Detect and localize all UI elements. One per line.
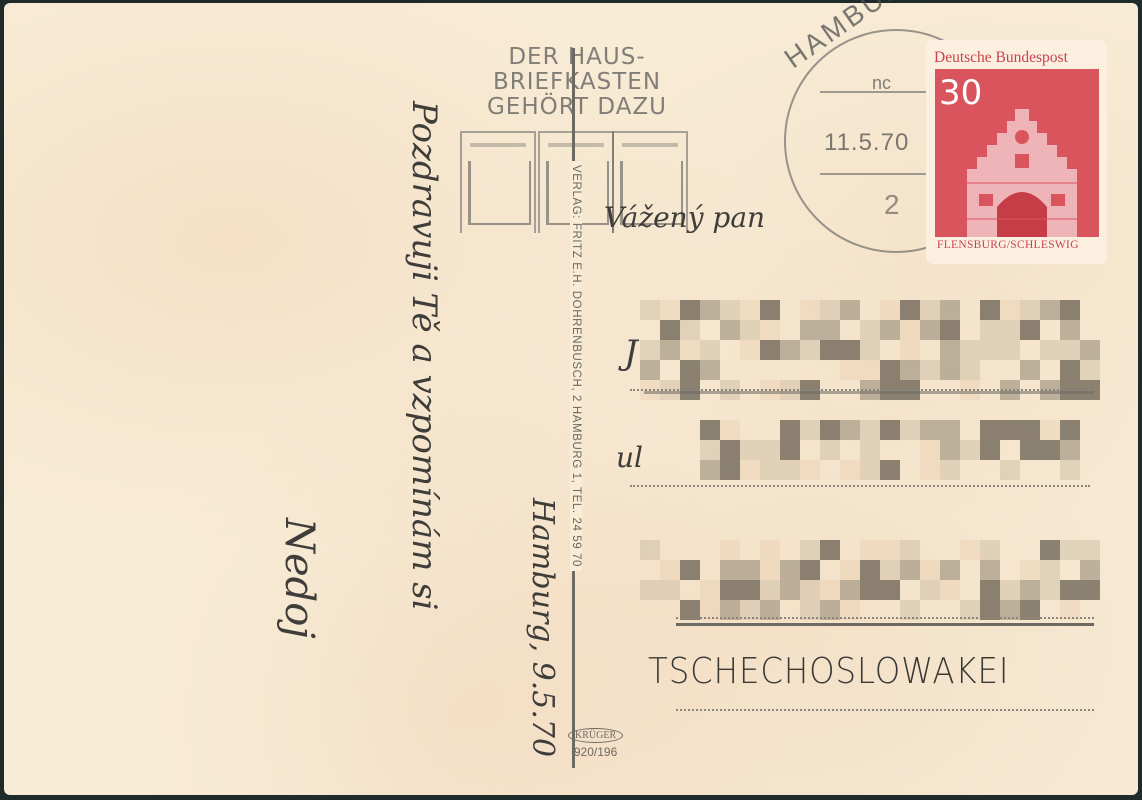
address-line bbox=[676, 709, 1094, 711]
publisher-logo: KRÜGER 920/196 bbox=[568, 725, 623, 759]
address-underline bbox=[644, 391, 1094, 394]
postcard-back: DER HAUS- BRIEFKASTEN GEHÖRT DAZU VERLAG… bbox=[4, 3, 1138, 795]
mailbox-icon bbox=[460, 131, 536, 233]
message-greeting: Pozdravuji Tě a vzpomínám si bbox=[404, 101, 444, 611]
stamp-image: 30 bbox=[935, 69, 1099, 237]
postmark-code: nc bbox=[872, 73, 891, 94]
postage-stamp: Deutsche Bundespost 30 FLENSBURG/SCHLESW… bbox=[929, 43, 1104, 261]
message-place-date: Hamburg, 9.5.70 bbox=[525, 498, 560, 757]
postmark-district: 2 bbox=[884, 189, 900, 221]
stamp-issuer: Deutsche Bundespost bbox=[934, 49, 1068, 67]
postmark-date: 11.5.70 bbox=[824, 129, 909, 157]
address-country: TSCHECHOSLOWAKEI bbox=[648, 651, 1009, 692]
slogan-line: DER HAUS- bbox=[457, 45, 697, 70]
address-line bbox=[630, 485, 1090, 487]
address-salutation: Vážený pan bbox=[604, 201, 765, 234]
publisher-imprint: VERLAG: FRITZ E.H. DOHRENBUSCH, 2 HAMBUR… bbox=[570, 161, 582, 571]
address-line bbox=[676, 617, 1094, 619]
address-line-prefix: J bbox=[624, 333, 638, 373]
stamp-caption: FLENSBURG/SCHLESWIG bbox=[937, 239, 1079, 251]
slogan-line: BRIEFKASTEN bbox=[457, 70, 697, 95]
city-gate-icon bbox=[957, 99, 1087, 237]
slogan-line: GEHÖRT DAZU bbox=[457, 95, 697, 120]
catalog-number: 920/196 bbox=[568, 745, 623, 759]
kruger-logo-icon: KRÜGER bbox=[568, 728, 623, 743]
address-line-prefix: ul bbox=[616, 441, 643, 474]
postmark-slogan: DER HAUS- BRIEFKASTEN GEHÖRT DAZU bbox=[457, 45, 697, 120]
address-underline bbox=[676, 623, 1094, 626]
message-signature: Nedoj bbox=[276, 518, 322, 639]
